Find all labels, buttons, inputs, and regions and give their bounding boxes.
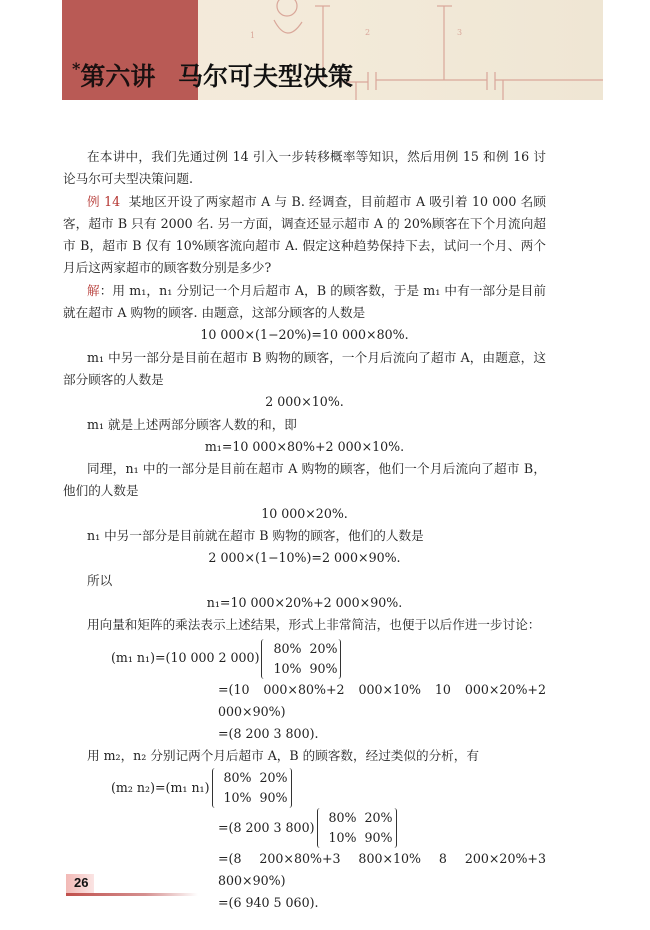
equation-2: 2 000×10%.: [63, 391, 546, 413]
solution-paragraph-2: m₁ 中另一部分是目前在超市 B 购物的顾客，一个月后流向了超市 A，由题意，这…: [63, 347, 546, 392]
equation-3: m₁=10 000×80%+2 000×10%.: [63, 436, 546, 458]
page-body: 在本讲中，我们先通过例 14 引入一步转移概率等知识，然后用例 15 和例 16…: [63, 146, 546, 915]
svg-text:1: 1: [250, 31, 255, 40]
page-number: 26: [74, 875, 88, 890]
matrix-equation-1-line-3: =(8 200 3 800).: [63, 723, 546, 745]
solution-paragraph-4: 同理，n₁ 中的一部分是目前在超市 A 购物的顾客，他们一个月后流向了超市 B，…: [63, 458, 546, 503]
solution-paragraph-8: 用 m₂，n₂ 分别记两个月后超市 A，B 的顾客数，经过类似的分析，有: [63, 745, 546, 767]
solution-label: 解: [87, 283, 100, 298]
chapter-header: 1 2 3 *第六讲 马尔可夫型决策: [62, 0, 603, 100]
matrix-equation-2-line-2: =(8 200 3 800) 80%20% 10%90%: [63, 808, 546, 848]
matrix-equation-1: (m₁ n₁)=(10 000 2 000) 80%20% 10%90%: [63, 639, 546, 679]
svg-text:2: 2: [365, 28, 370, 37]
example-paragraph: 例 14 某地区开设了两家超市 A 与 B. 经调查，目前超市 A 吸引着 10…: [63, 191, 546, 280]
equation-5: 2 000×(1−10%)=2 000×90%.: [63, 547, 546, 569]
chapter-number: *第六讲: [72, 57, 155, 93]
page-number-footer: 26: [66, 874, 198, 896]
solution-paragraph-5: n₁ 中另一部分是目前就在超市 B 购物的顾客，他们的人数是: [63, 525, 546, 547]
solution-paragraph-7: 用向量和矩阵的乘法表示上述结果，形式上非常简洁，也便于以后作进一步讨论：: [63, 614, 546, 636]
example-label: 例 14: [87, 194, 120, 209]
matrix-equation-2: (m₂ n₂)=(m₁ n₁) 80%20% 10%90%: [63, 768, 546, 808]
footer-rule: [66, 893, 198, 896]
transition-matrix: 80%20% 10%90%: [212, 768, 292, 808]
equation-4: 10 000×20%.: [63, 503, 546, 525]
solution-paragraph-3: m₁ 就是上述两部分顾客人数的和，即: [63, 414, 546, 436]
intro-paragraph: 在本讲中，我们先通过例 14 引入一步转移概率等知识，然后用例 15 和例 16…: [63, 146, 546, 191]
svg-text:3: 3: [457, 28, 462, 37]
transition-matrix: 80%20% 10%90%: [261, 639, 341, 679]
chapter-title: 马尔可夫型决策: [178, 57, 353, 93]
equation-6: n₁=10 000×20%+2 000×90%.: [63, 592, 546, 614]
transition-matrix: 80%20% 10%90%: [317, 808, 397, 848]
matrix-equation-1-line-2: =(10 000×80%+2 000×10% 10 000×20%+2 000×…: [63, 679, 546, 724]
solution-paragraph-1: 解：用 m₁，n₁ 分别记一个月后超市 A，B 的顾客数，于是 m₁ 中有一部分…: [63, 280, 546, 325]
solution-paragraph-6: 所以: [63, 570, 546, 592]
equation-1: 10 000×(1−20%)=10 000×80%.: [63, 324, 546, 346]
